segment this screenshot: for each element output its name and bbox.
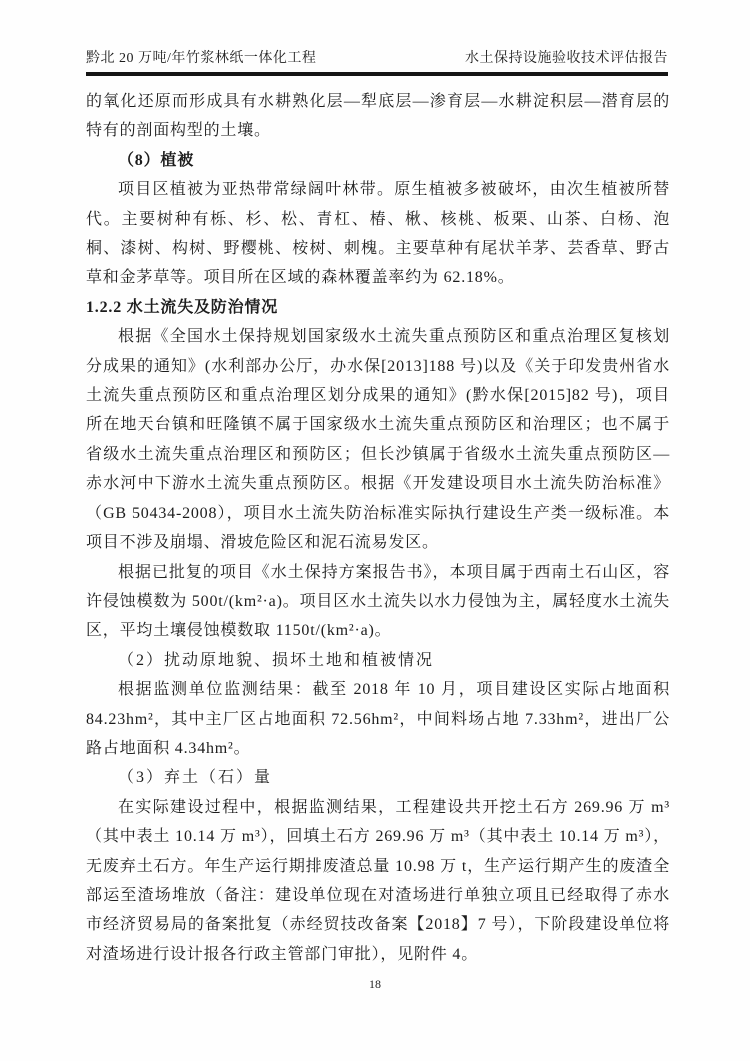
paragraph-erosion-modulus: 根据已批复的项目《水土保持方案报告书》，本项目属于西南土石山区，容许侵蚀模数为 … bbox=[86, 558, 670, 646]
paragraph-spoil-volume: 在实际建设过程中，根据监测结果，工程建设共开挖土石方 269.96 万 m³（其… bbox=[86, 793, 670, 969]
header-double-rule bbox=[86, 72, 668, 76]
subsection-heading-spoil: （3）弃土（石）量 bbox=[86, 763, 670, 792]
paragraph-vegetation: 项目区植被为亚热带常绿阔叶林带。原生植被多被破坏，由次生植被所替代。主要树种有栎… bbox=[86, 175, 670, 293]
document-page: 黔北 20 万吨/年竹浆林纸一体化工程 水土保持设施验收技术评估报告 的氧化还原… bbox=[0, 0, 750, 1061]
subsection-heading-vegetation: （8）植被 bbox=[86, 146, 670, 175]
paragraph-erosion-zones: 根据《全国水土保持规划国家级水土流失重点预防区和重点治理区复核划分成果的通知》(… bbox=[86, 322, 670, 557]
subsection-heading-disturbance: （2）扰动原地貌、损坏土地和植被情况 bbox=[86, 646, 670, 675]
header-left-title: 黔北 20 万吨/年竹浆林纸一体化工程 bbox=[86, 47, 316, 67]
section-heading-1-2-2: 1.2.2 水土流失及防治情况 bbox=[86, 293, 670, 322]
paragraph-soil-profile: 的氧化还原而形成具有水耕熟化层—犁底层—渗育层—水耕淀积层—潜育层的特有的剖面构… bbox=[86, 87, 670, 146]
page-number: 18 bbox=[369, 977, 381, 991]
document-body: 的氧化还原而形成具有水耕熟化层—犁底层—渗育层—水耕淀积层—潜育层的特有的剖面构… bbox=[86, 87, 670, 969]
header-right-title: 水土保持设施验收技术评估报告 bbox=[465, 47, 668, 67]
page-footer: 18 bbox=[0, 977, 750, 992]
paragraph-land-area: 根据监测单位监测结果：截至 2018 年 10 月，项目建设区实际占地面积 84… bbox=[86, 675, 670, 763]
page-header: 黔北 20 万吨/年竹浆林纸一体化工程 水土保持设施验收技术评估报告 bbox=[86, 47, 668, 67]
